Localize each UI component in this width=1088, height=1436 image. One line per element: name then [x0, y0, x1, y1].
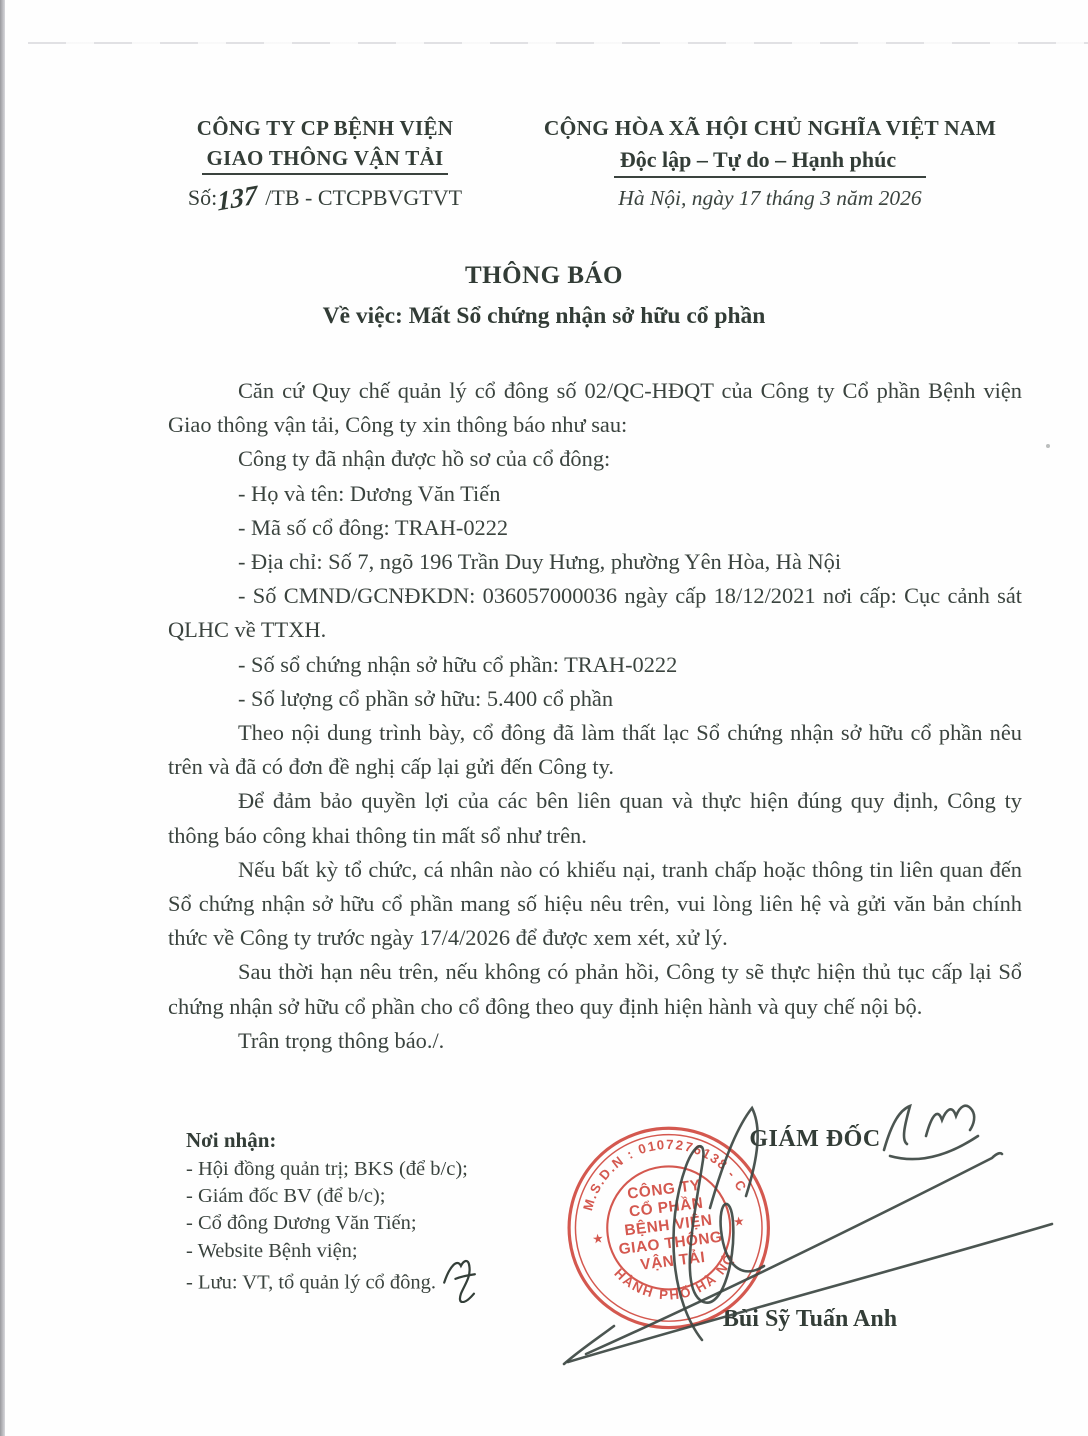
- document-number-prefix: Số:: [188, 185, 217, 210]
- body-paragraph: Sau thời hạn nêu trên, nếu không có phản…: [168, 955, 1022, 1023]
- document-title: THÔNG BÁO: [0, 262, 1088, 290]
- closing-line: Trân trọng thông báo./.: [168, 1024, 1022, 1058]
- document-number-line: Số:137 /TB - CTCPBVGTVT: [140, 183, 510, 211]
- issuer-name-line1: CÔNG TY CP BỆNH VIỆN: [140, 116, 510, 141]
- scan-dot-artifact: [1046, 444, 1050, 448]
- issuer-header: CÔNG TY CP BỆNH VIỆN GIAO THÔNG VẬN TẢI …: [140, 116, 510, 211]
- scanned-document-page: CÔNG TY CP BỆNH VIỆN GIAO THÔNG VẬN TẢI …: [0, 0, 1088, 1436]
- handwritten-initial: [438, 1251, 482, 1303]
- body-paragraph: - Họ và tên: Dương Văn Tiến: [168, 477, 1022, 511]
- body-paragraph: - Địa chỉ: Số 7, ngõ 196 Trần Duy Hưng, …: [168, 545, 1022, 579]
- document-subject: Về việc: Mất Sổ chứng nhận sở hữu cổ phầ…: [0, 303, 1088, 330]
- issuer-name-line2: GIAO THÔNG VẬN TẢI: [202, 145, 447, 175]
- body-paragraph: - Số lượng cổ phần sở hữu: 5.400 cổ phần: [168, 682, 1022, 716]
- national-header: CỘNG HÒA XÃ HỘI CHỦ NGHĨA VIỆT NAM Độc l…: [500, 116, 1040, 211]
- national-title: CỘNG HÒA XÃ HỘI CHỦ NGHĨA VIỆT NAM: [500, 116, 1040, 141]
- handwritten-document-number: 137: [217, 181, 258, 215]
- body-paragraph: - Số CMND/GCNĐKDN: 036057000036 ngày cấp…: [168, 579, 1022, 647]
- place-dateline: Hà Nội, ngày 17 tháng 3 năm 2026: [500, 186, 1040, 211]
- body-paragraph: Công ty đã nhận được hồ sơ của cổ đông:: [168, 442, 1022, 476]
- document-body: Căn cứ Quy chế quản lý cổ đông số 02/QC-…: [168, 374, 1022, 1058]
- body-paragraph: - Số sổ chứng nhận sở hữu cổ phần: TRAH-…: [168, 648, 1022, 682]
- body-paragraph: Nếu bất kỳ tổ chức, cá nhân nào có khiếu…: [168, 853, 1022, 956]
- document-number-suffix: /TB - CTCPBVGTVT: [265, 185, 462, 210]
- scan-edge-artifact: [0, 0, 5, 1436]
- body-paragraph: Để đảm bảo quyền lợi của các bên liên qu…: [168, 784, 1022, 852]
- scan-streak-artifact: [28, 42, 1088, 44]
- body-paragraph: Theo nội dung trình bày, cổ đông đã làm …: [168, 716, 1022, 784]
- national-motto: Độc lập – Tự do – Hạnh phúc: [614, 147, 926, 178]
- signature: [540, 1088, 1080, 1388]
- body-paragraph: Căn cứ Quy chế quản lý cổ đông số 02/QC-…: [168, 374, 1022, 442]
- body-paragraph: - Mã số cổ đông: TRAH-0222: [168, 511, 1022, 545]
